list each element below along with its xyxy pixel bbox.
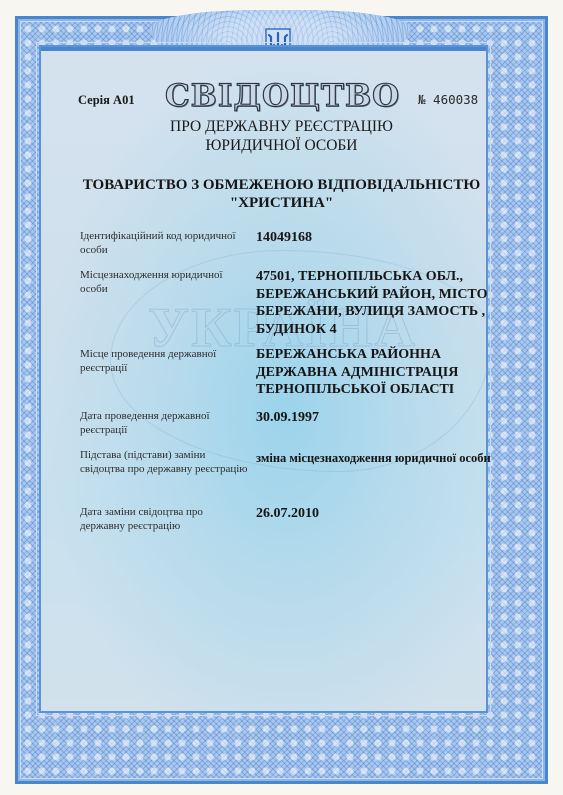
certificate-subtitle: ПРО ДЕРЖАВНУ РЕЄСТРАЦІЮ ЮРИДИЧНОЇ ОСОБИ: [60, 117, 503, 155]
field-label: Дата проведення державної реєстрації: [80, 410, 250, 437]
company-name-line: "ХРИСТИНА": [60, 194, 503, 212]
subtitle-line: ПРО ДЕРЖАВНУ РЕЄСТРАЦІЮ: [60, 117, 503, 136]
field-label: Дата заміни свідоцтва про державну реєст…: [80, 506, 250, 533]
field-value: 26.07.2010: [256, 505, 506, 523]
certificate-number: № 460038: [418, 92, 478, 107]
field-value: 30.09.1997: [256, 409, 506, 427]
company-name: ТОВАРИСТВО З ОБМЕЖЕНОЮ ВІДПОВІДАЛЬНІСТЮ …: [60, 176, 503, 212]
series-label: Серія А01: [78, 93, 135, 108]
field-label: Місцезнаходження юридичної особи: [80, 269, 250, 296]
field-value: 14049168: [256, 229, 506, 247]
company-name-line: ТОВАРИСТВО З ОБМЕЖЕНОЮ ВІДПОВІДАЛЬНІСТЮ: [60, 176, 503, 194]
certificate-title: СВІДОЦТВО: [165, 78, 399, 114]
subtitle-line: ЮРИДИЧНОЇ ОСОБИ: [60, 136, 503, 155]
frame-top-bar: [41, 47, 486, 51]
field-value: зміна місцезнаходження юридичної особи: [256, 450, 506, 466]
field-label: Ідентифікаційний код юридичної особи: [80, 230, 250, 257]
field-label: Місце проведення державної реєстрації: [80, 348, 250, 375]
field-value: БЕРЕЖАНСЬКА РАЙОННА ДЕРЖАВНА АДМІНІСТРАЦ…: [256, 346, 506, 399]
field-label: Підстава (підстави) заміни свідоцтва про…: [80, 449, 250, 476]
field-value: 47501, ТЕРНОПІЛЬСЬКА ОБЛ., БЕРЕЖАНСЬКИЙ …: [256, 268, 506, 338]
